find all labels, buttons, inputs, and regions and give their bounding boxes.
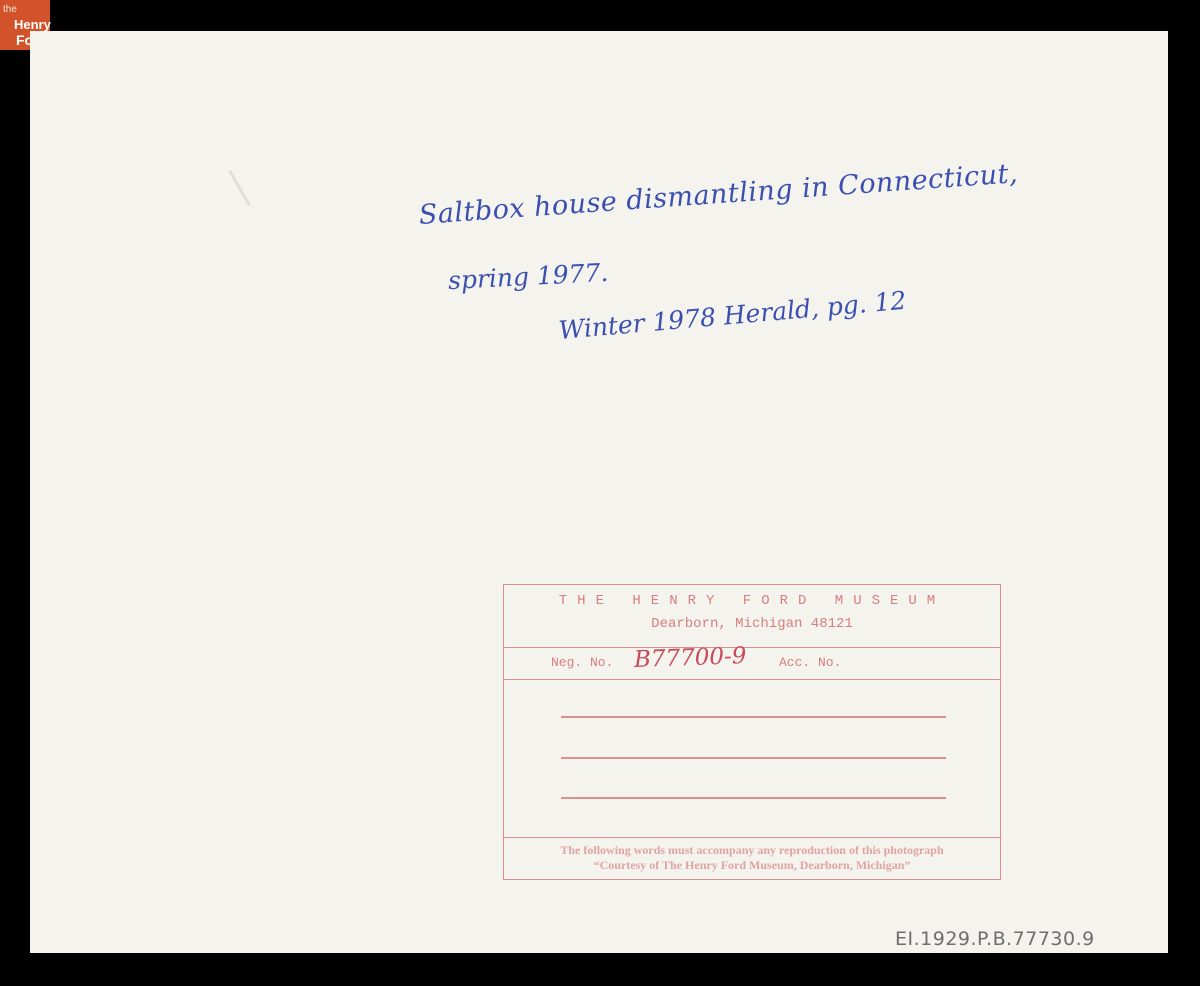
stamp-credit-notice: The following words must accompany any r…	[504, 837, 1000, 880]
credit-notice-line-1: The following words must accompany any r…	[504, 843, 1000, 858]
stamp-title: THE HENRY FORD MUSEUM	[504, 593, 1000, 609]
acc-no-label: Acc. No.	[779, 655, 841, 670]
catalog-number: EI.1929.P.B.77730.9	[895, 928, 1095, 950]
neg-no-value: B77700-9	[634, 643, 747, 673]
neg-no-label: Neg. No.	[551, 655, 613, 670]
logo-henry: Henry	[14, 18, 51, 31]
stamp-number-row: Neg. No. B77700-9 Acc. No.	[504, 647, 1000, 680]
logo-the: the	[3, 5, 17, 15]
blank-line-3	[561, 797, 946, 799]
museum-stamp: THE HENRY FORD MUSEUM Dearborn, Michigan…	[503, 584, 1001, 880]
blank-line-1	[561, 716, 946, 718]
stamp-address: Dearborn, Michigan 48121	[504, 616, 1000, 632]
stamp-header: THE HENRY FORD MUSEUM Dearborn, Michigan…	[504, 585, 1000, 648]
credit-notice-line-2: “Courtesy of The Henry Ford Museum, Dear…	[504, 858, 1000, 873]
blank-line-2	[561, 757, 946, 759]
